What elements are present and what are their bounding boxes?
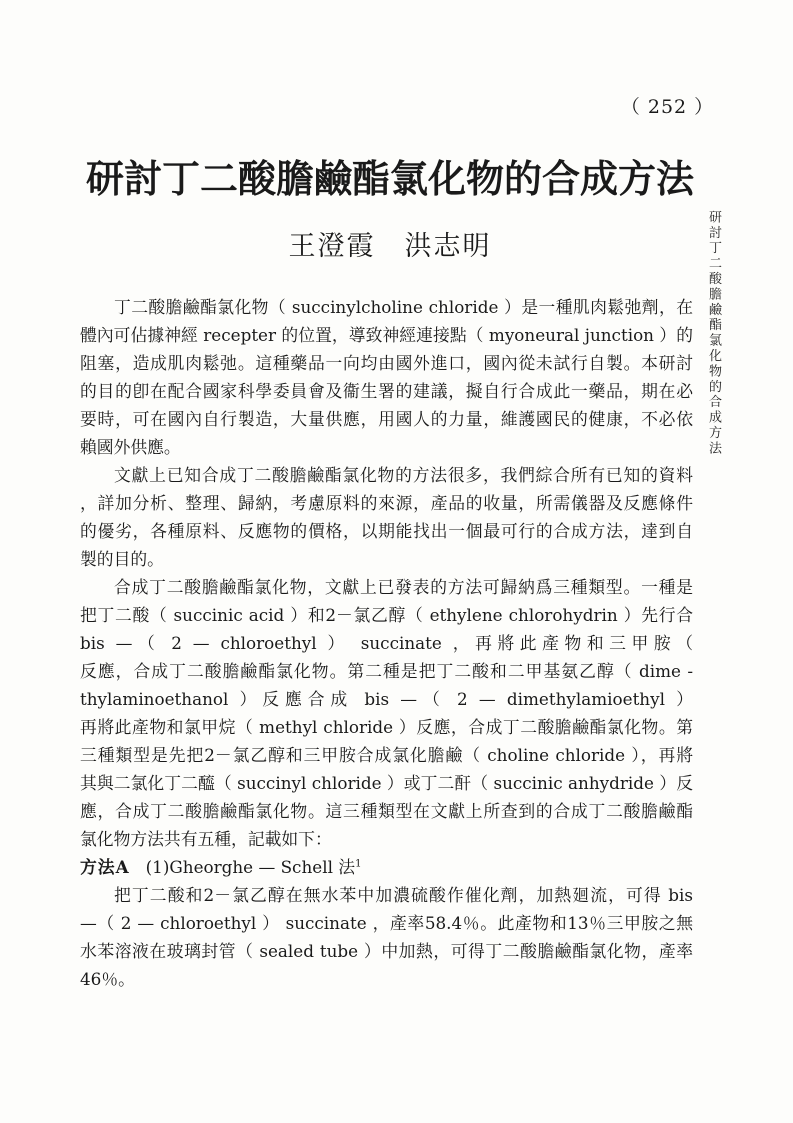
method-a-reference-superscript: 1 bbox=[355, 858, 361, 869]
text-line: 反應，合成丁二酸膽鹼酯氯化物。第二種是把丁二酸和二甲基氨乙醇（ dime - bbox=[80, 657, 693, 685]
text-line: 把丁二酸和2－氯乙醇在無水苯中加濃硫酸作催化劑，加熱廻流，可得 bis bbox=[80, 881, 693, 909]
text-line: 的優劣，各種原料、反應物的價格，以期能找出一個最可行的合成方法，達到自 bbox=[80, 517, 693, 545]
text-line: 阻塞，造成肌肉鬆弛。這種藥品一向均由國外進口，國內從未試行自製。本研討 bbox=[80, 349, 693, 377]
article-authors: 王澄霞 洪志明 bbox=[78, 224, 702, 263]
text-line: 要時，可在國內自行製造，大量供應，用國人的力量，維護國民的健康，不必依 bbox=[80, 405, 693, 433]
method-a-label: 方法A bbox=[80, 857, 130, 877]
text-line: 製的目的。 bbox=[80, 545, 693, 573]
text-line: —（ 2 — chloroethyl ） succinate ，產率58.4％。… bbox=[80, 909, 693, 937]
paragraph-three-types: 合成丁二酸膽鹼酯氯化物，文獻上已發表的方法可歸納爲三種類型。一種是 把丁二酸（ … bbox=[80, 573, 693, 853]
scanned-paper-page: （ 252 ） 研討丁二酸膽鹼酯氯化物的合成方法 王澄霞 洪志明 研討丁二酸膽鹼… bbox=[0, 0, 793, 1123]
text-line: 水苯溶液在玻璃封管（ sealed tube ）中加熱，可得丁二酸膽鹼酯氯化物，… bbox=[80, 937, 693, 965]
text-line: bis —（ 2 — chloroethyl ） succinate ，再將此產… bbox=[80, 629, 693, 657]
text-line: 文獻上已知合成丁二酸膽鹼酯氯化物的方法很多，我們綜合所有已知的資料 bbox=[80, 461, 693, 489]
text-line: 的目的卽在配合國家科學委員會及衞生署的建議，擬自行合成此一藥品，期在必 bbox=[80, 377, 693, 405]
text-line: thylaminoethanol ）反應合成 bis —（ 2 — dimeth… bbox=[80, 685, 693, 713]
article-title: 研討丁二酸膽鹼酯氯化物的合成方法 bbox=[78, 148, 702, 203]
text-line: 氯化物方法共有五種，記載如下： bbox=[80, 825, 693, 853]
text-line: 賴國外供應。 bbox=[80, 433, 693, 461]
text-line: 46％。 bbox=[80, 965, 693, 993]
margin-running-title: 研討丁二酸膽鹼酯氯化物的合成方法 bbox=[704, 210, 723, 470]
paragraph-literature: 文獻上已知合成丁二酸膽鹼酯氯化物的方法很多，我們綜合所有已知的資料 ，詳加分析、… bbox=[80, 461, 693, 573]
method-a-name: (1)Gheorghe — Schell 法 bbox=[146, 857, 355, 877]
page-number: （ 252 ） bbox=[600, 92, 735, 119]
paragraph-method-a: 把丁二酸和2－氯乙醇在無水苯中加濃硫酸作催化劑，加熱廻流，可得 bis —（ 2… bbox=[80, 881, 693, 993]
paragraph-intro: 丁二酸膽鹼酯氯化物（ succinylcholine chloride ）是一種… bbox=[80, 293, 693, 461]
article-body: 丁二酸膽鹼酯氯化物（ succinylcholine chloride ）是一種… bbox=[80, 293, 693, 993]
method-a-heading: 方法A(1)Gheorghe — Schell 法1 bbox=[80, 853, 693, 881]
text-line: 體內可佔據神經 recepter 的位置，導致神經連接點（ myoneural … bbox=[80, 321, 693, 349]
text-line: 把丁二酸（ succinic acid ）和2－氯乙醇（ ethylene ch… bbox=[80, 601, 693, 629]
text-line: ，詳加分析、整理、歸納，考慮原料的來源，產品的收量，所需儀器及反應條件 bbox=[80, 489, 693, 517]
text-line: 應，合成丁二酸膽鹼酯氯化物。這三種類型在文獻上所查到的合成丁二酸膽鹼酯 bbox=[80, 797, 693, 825]
text-line: 三種類型是先把2－氯乙醇和三甲胺合成氯化膽鹼（ choline chloride… bbox=[80, 741, 693, 769]
text-line: 丁二酸膽鹼酯氯化物（ succinylcholine chloride ）是一種… bbox=[80, 293, 693, 321]
text-line: 再將此產物和氯甲烷（ methyl chloride ）反應，合成丁二酸膽鹼酯氯… bbox=[80, 713, 693, 741]
text-line: 合成丁二酸膽鹼酯氯化物，文獻上已發表的方法可歸納爲三種類型。一種是 bbox=[80, 573, 693, 601]
text-line: 其與二氯化丁二醯（ succinyl chloride ）或丁二酐（ succi… bbox=[80, 769, 693, 797]
